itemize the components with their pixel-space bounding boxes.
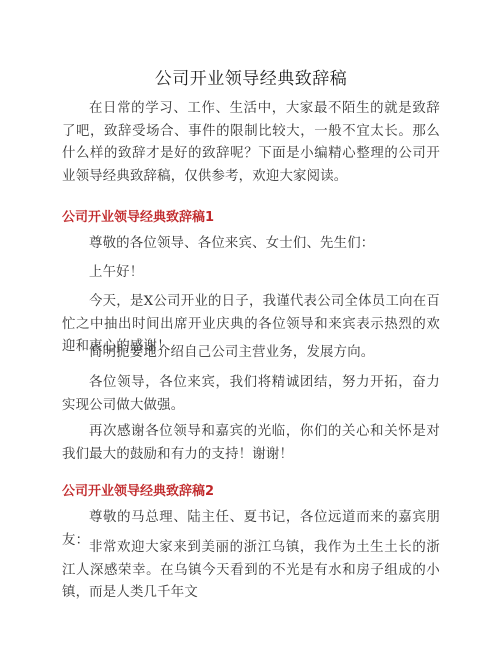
body-paragraph: 再次感谢各位领导和嘉宾的光临，你们的关心和关怀是对我们最大的鼓励和有力的支持！谢…: [62, 421, 440, 466]
intro-paragraph: 在日常的学习、工作、生活中，大家最不陌生的就是致辞了吧，致辞受场合、事件的限制比…: [62, 98, 440, 188]
body-paragraph: 非常欢迎大家来到美丽的浙江乌镇，我作为土生土长的浙江人深感荣幸。在乌镇今天看到的…: [62, 537, 440, 605]
body-paragraph: 简明扼要地介绍自己公司主营业务，发展方向。: [62, 342, 440, 365]
document-title: 公司开业领导经典致辞稿: [62, 64, 440, 89]
section-heading-1: 公司开业领导经典致辞稿1: [62, 206, 214, 225]
salutation-paragraph: 尊敬的各位领导、各位来宾、女士们、先生们：: [62, 233, 440, 256]
body-paragraph: 各位领导，各位来宾，我们将精诚团结，努力开拓，奋力实现公司做大做强。: [62, 372, 440, 417]
section-heading-2: 公司开业领导经典致辞稿2: [62, 480, 214, 499]
greeting-paragraph: 上午好！: [62, 262, 440, 285]
